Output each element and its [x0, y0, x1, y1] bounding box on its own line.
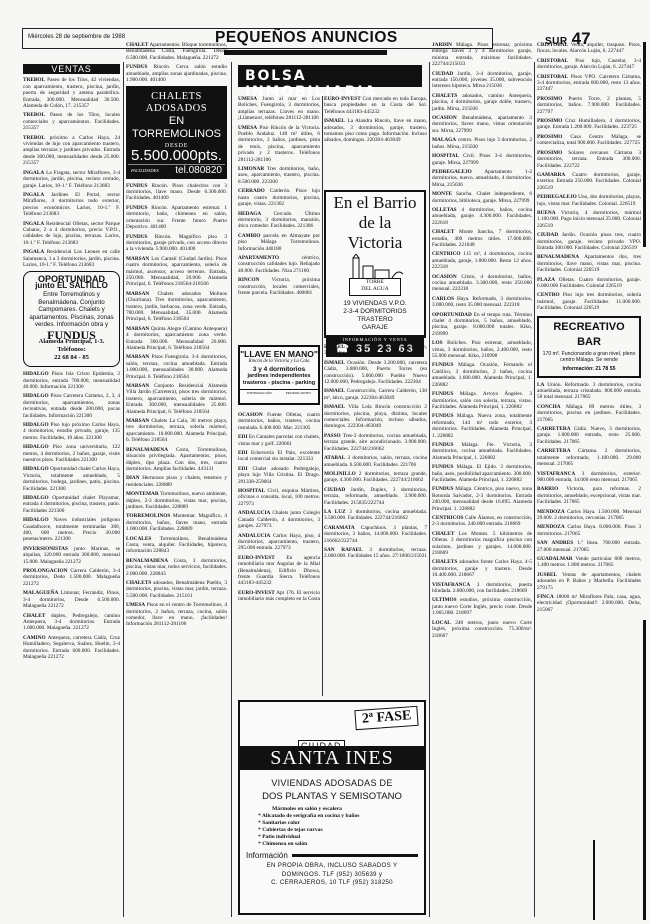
ad-lead: CARLOS — [432, 296, 454, 302]
ad-lead: PROLONGACION — [23, 568, 67, 574]
ad-title: RECREATIVO — [539, 321, 639, 333]
classified-ad: FUNDUS Rincón. Cerca salón estudio amueb… — [126, 64, 227, 83]
ad-text: En Cantales parcelas con chalets, vistas… — [238, 434, 320, 446]
ad-lead: CENTRICO — [432, 251, 461, 257]
ad-lead: CARAMATA — [324, 525, 355, 531]
classified-ad: CRISTOBAL Pisos VPO. Carretera Cártama, … — [537, 74, 641, 93]
feature-item: Mármoles en salón y escalera — [258, 806, 424, 813]
ad-lead: OPORTUNIDAD — [432, 312, 472, 318]
ad-text: Hermosos pisos y chalets, tenemos y resi… — [126, 475, 227, 487]
classified-ad: PROLONGACION Carrera Calderón, 3-4 dormi… — [23, 568, 120, 587]
column-4: JARDIN Málaga. Pisos estrenar, próxima e… — [432, 42, 532, 642]
ad-line: TRASTERO — [326, 316, 424, 324]
classified-ad: MONTE Sancha. Chalet independiente, 6 do… — [432, 191, 532, 204]
bolsa-inmobiliaria-heading: BOLSA INMOBILIARIA — [238, 65, 422, 87]
ad-lead: MARSAN — [126, 326, 149, 332]
column-5: CRISTOBAL Venta, alquiler, traspaso. Pis… — [537, 42, 641, 616]
ad-lead: INGALA — [23, 221, 44, 227]
ad-line: trasteros - piscina - parking — [240, 380, 318, 387]
ad-lead: VISTAFRANCA — [432, 582, 470, 588]
ad-lead: CIUDAD — [324, 487, 345, 493]
classified-ad: HIDALGO Oportunidad chalet Carlos Haya, … — [23, 466, 120, 492]
classified-ad: FUNDUS Málaga. Ocasión, Fernando el Cató… — [432, 362, 532, 388]
classified-ad: PEDREGALEJO Uno, dos dormitorios, playas… — [537, 194, 641, 207]
classified-ad: BENALMADENA Apartamentos dos, tres dormi… — [537, 254, 641, 273]
classified-ad: INGALA Residencial Olletas, sector Parqu… — [23, 221, 120, 247]
classified-ad: MARSAN Conjunto Residencial Alameda Vill… — [126, 383, 227, 415]
ad-lead: CHALETS — [432, 559, 457, 565]
classified-ad: INGALA La Fragata, sector Miraflores, 3-… — [23, 170, 120, 189]
classified-ad: EURO-INVEST Con mercado en toda Europa, … — [324, 96, 427, 115]
ad-contact: FACILIDADES tel.080820 — [128, 164, 225, 174]
ad-lead: INGALA — [23, 192, 44, 198]
classified-ad: OCASION Benalmádena, apartamento 3 dormi… — [432, 115, 532, 134]
ad-lead: BENALMADENA — [126, 558, 168, 564]
classified-ad: ISMAEL Ocasión. Desde 3.200.000, carrete… — [324, 360, 427, 386]
ad-phone: tel.080820 — [175, 168, 222, 174]
ad-lead: MARSAN — [126, 418, 149, 424]
classified-ad: TORREMOLINOS Montemar. Magnífico, 4 dorm… — [126, 513, 227, 532]
ad-lead: VISTAFRANCA — [537, 471, 575, 477]
ad-line: EN — [128, 115, 225, 128]
ad-lead: ISMAEL — [324, 360, 345, 366]
classified-ad: LA LUZ 3 dormitorios, cocina amueblada. … — [324, 509, 427, 522]
classified-ad: MALAGUEÑA Limonar, Ferrándiz, Pinos, 3-4… — [23, 590, 120, 609]
ad-lead: JARDIN — [432, 42, 452, 48]
classified-ad: UMESA Junto al mar en Los Boliches, Fuen… — [238, 96, 320, 122]
ad-lead: ISMAEL — [324, 404, 345, 410]
ad-lead: EURO-INVEST — [238, 590, 275, 596]
ad-lead: ISMAEL — [324, 118, 345, 124]
classified-ad: FUNDUS Rincón. Magnífico piso 3 dormitor… — [126, 234, 227, 253]
classified-ad: LA Unión. Reformado. 3 dormitorios, coci… — [537, 382, 641, 401]
classified-ad: CENTRO Piso lujo tres dormitorios, soler… — [537, 292, 641, 311]
ad-logo-area: 2ª FASE CIUDAD SANTA INES — [240, 702, 424, 772]
ad-lead: FUNDUS — [432, 413, 453, 419]
ad-lead: CRISTOBAL — [537, 74, 568, 80]
classified-ad: INGALA Residencial Los Leones en calle S… — [23, 249, 120, 268]
info-header: Información — [246, 851, 418, 860]
ad-lead: CENTRICOS — [432, 515, 464, 521]
page-edge-bar — [593, 840, 595, 920]
ad-lead: FUNDUS — [126, 205, 147, 211]
classified-ad: CONCHA Málaga. 89 metros útiles, 3 dormi… — [537, 404, 641, 423]
column-2: CHALET Apartamentos. Bloque torremolinos… — [126, 42, 227, 631]
ad-lead: HEDAGA — [238, 211, 261, 217]
section-title: PEQUEÑOS ANUNCIOS — [215, 29, 398, 47]
ad-subtitle: junto EL SALTILLO — [27, 283, 116, 289]
ventas-column: VENTAS TREBOL Paseo de los Tilos, 42 viv… — [23, 64, 120, 663]
ad-lead: EURO-INVEST — [238, 555, 275, 561]
ad-phones: 22 68 84 - 85 — [27, 354, 116, 362]
ad-lead: RINCON — [238, 277, 259, 283]
classified-ad: CHALET Monte Sancha, 7 dormitorios, estu… — [432, 229, 532, 248]
ad-lead: EDI — [238, 450, 247, 456]
classified-ad: ISMAEL Construcción, Carrera Calderón, 1… — [324, 388, 427, 401]
ad-lead: OLLETAS — [432, 207, 457, 213]
ad-lead: HIDALGO — [23, 517, 49, 523]
ciudad-santa-ines-ad: 2ª FASE CIUDAD SANTA INES VIVIENDAS ADOS… — [238, 700, 426, 915]
classified-ad: BUENA Victoria, 4 dormitorios, mármol 1.… — [537, 210, 641, 229]
ad-footer-right: PROMOCIONES — [286, 391, 311, 395]
ad-lead: INGALA — [23, 249, 44, 255]
classified-ad: HIDALGO Pisos Carretera Cártama, 2, 3, 4… — [23, 393, 120, 419]
ad-lead: PROSIMO — [537, 96, 562, 102]
column-divider — [322, 96, 323, 696]
ad-lead: FUNDUS — [432, 362, 453, 368]
classified-ad: BENALMADENA Costa, 3 dormitorios, piscin… — [126, 558, 227, 577]
ad-lead: PEDREGALEJO — [537, 194, 577, 200]
ad-lead: LOCAL — [432, 620, 451, 626]
ad-lead: CIUDAD — [432, 71, 453, 77]
classified-ad: FUNDUS Málaga. Nueva zona, totalmente re… — [432, 413, 532, 439]
logo-text: TORRE — [350, 279, 400, 286]
classified-ad: CRISTOBAL Piso lujo, Castelar, 3-4 dormi… — [537, 58, 641, 71]
logo-text: DEL AGUA — [350, 286, 400, 293]
ad-body: Entre Torremolinos y Benalmádena. Conjun… — [27, 291, 116, 329]
classified-ad: JARDIN Málaga. Pisos estrenar, próxima e… — [432, 42, 532, 68]
ad-lead: DIAN — [126, 475, 140, 481]
classified-ad: CAMBIO parcela en Almayate por piso Mála… — [238, 233, 320, 252]
classified-ad: ISMAEL Villa Lola Rincón construcción 2 … — [324, 404, 427, 430]
ad-lead: CHALETS — [432, 93, 457, 99]
classified-ad: ULTIMOS estudios, próxima construcción, … — [432, 597, 532, 616]
ad-line: jardines independientes — [240, 373, 318, 380]
ad-facilidades: FACILIDADES — [131, 168, 159, 174]
classified-ad: CHALETS adosados, Benalmádena Pueblo, 3 … — [126, 580, 227, 599]
ad-lead: CHALET — [126, 42, 148, 48]
classified-ad: PROSIMO Solares cercanos Cártama 3 dormi… — [537, 150, 641, 169]
classified-ad: TREBOL Paseo de los Tilos, 42 viviendas,… — [23, 77, 120, 109]
classified-ad: OCASION Fuente Olletas, cuatro dormitori… — [238, 412, 320, 431]
classified-ad: MONTEMAR Torremolinos, nuevo ambiente, d… — [126, 491, 227, 510]
classified-ad: INGALA Jardines El Portal, sector Mirafl… — [23, 192, 120, 218]
ad-lead: HIDALGO — [23, 393, 49, 399]
classified-ad: BENALMADENA Costa, Torremolinos, situaci… — [126, 447, 227, 473]
classified-ad: MARSAN Pisos Fuengirola. 3-4 dormitorios… — [126, 354, 227, 380]
classified-ad: OLLETAS 4 dormitorios, baños, cocina amu… — [432, 207, 532, 226]
ad-title: de la — [326, 214, 424, 232]
classified-ad: CHALET Apartamentos. Bloque torremolinos… — [126, 42, 227, 61]
ad-text: Echeverría El Palo, excelente local come… — [238, 450, 320, 462]
classified-ad: BARRIO Victoria, para reformas. 2 dormit… — [537, 486, 641, 505]
classified-ad: CHALETS adosados, camino Antequera, pisc… — [432, 93, 532, 112]
ad-lead: BENALMADENA — [126, 447, 168, 453]
classified-ad: PROSIMO Casa Centro Málaga, se comercial… — [537, 134, 641, 147]
ad-lead: GUADALMAR — [537, 556, 573, 562]
classified-ad: FUNDUS Málaga. Fte. Victoria, 3 dormitor… — [432, 442, 532, 461]
ad-lead: MARSAN — [126, 256, 149, 262]
ad-lead: HIDALGO — [23, 422, 49, 428]
classified-ad: MOLINILLO 2 dormitorios, terraza grande,… — [324, 471, 427, 484]
classified-ad: MALAGA centro. Pisos lujo 3 dormitorios,… — [432, 137, 532, 150]
classified-ad: JUSBEL Ventas de apartamentos, chalets a… — [537, 572, 641, 591]
classified-ad: MENDOZA Carlos Haya. 1.500.000. Mensual … — [537, 509, 641, 522]
ad-lead: ANDALUCIA — [238, 533, 270, 539]
page-edge-bar — [643, 620, 646, 920]
classified-ad: MARSAN Chalets La Cala, 30 metros playa,… — [126, 418, 227, 444]
ad-lead: EURO-INVEST — [324, 96, 361, 102]
llave-en-mano-ad: "LLAVE EN MANO" Rincón de la Victoria y … — [238, 345, 320, 405]
classified-ad: MARSAN Quinta Alegre (Camino Antequera) … — [126, 326, 227, 352]
classified-ad: PROSIMO Puerto Torre, 2 plantas, 5 dormi… — [537, 96, 641, 115]
classified-ad: UMESA Pisos en el centro de Torremolinos… — [126, 602, 227, 628]
ad-lead: FUNDUS — [126, 183, 147, 189]
ad-lead: CHALET — [432, 229, 454, 235]
column-divider — [231, 62, 232, 917]
ad-line: CHALETS — [128, 91, 225, 103]
classified-ad: RINCON Victoria, próxima construcción, l… — [238, 277, 320, 296]
ad-price: 5.500.000pts. — [128, 153, 225, 159]
classified-ad: ANDALUCIA Chalets junto Colegio Canadá C… — [238, 510, 320, 529]
classified-ad: GUADALMAR Vende particular 600 metros, 1… — [537, 556, 641, 569]
column-divider — [429, 62, 430, 917]
ad-lead: OCASION — [432, 274, 457, 280]
ad-line: 3 y 4 dormitorios — [240, 366, 318, 373]
ad-line: 2-3-4 DORMITORIOS — [326, 308, 424, 316]
classified-ad: CIUDAD Jardín. Ocasión pisos tres, cuatr… — [537, 232, 641, 251]
classified-ad: MENDOZA Carlos Haya. 8.000.000. Pisos 3 … — [537, 524, 641, 537]
ad-lead: PASSO — [324, 433, 341, 439]
classified-ad: HIDALGO Piso lujo próximo Carlos Haya, 4… — [23, 422, 120, 441]
ad-lead: HIDALGO — [23, 444, 49, 450]
ad-lead: PLAZA — [537, 277, 555, 283]
classified-ad: ISMAEL Mijas-Costa, próxima construcción… — [324, 344, 427, 357]
ad-lead: CARRETERA — [537, 426, 571, 432]
title-underline — [224, 50, 387, 55]
chalets-adosados-ad: CHALETS ADOSADOS EN TORREMOLINOS DESDE 5… — [126, 86, 227, 178]
ad-lead: APARTAMENTO — [238, 255, 279, 261]
classified-ad: CARLOS Haya. Reformado, 3 dormitorios, 3… — [432, 296, 532, 309]
classified-ad: HOSPITAL Civil. Pisos 3-4 dormitorios, g… — [432, 153, 532, 166]
classified-ad: CHALET Los Montes. 5 kilómetros de Ollet… — [432, 531, 532, 557]
ad-lead: ANDALUCIA — [238, 510, 270, 516]
column-divider — [123, 62, 124, 917]
classified-ad: CERRADO Calderón. Pisos lujo hasta cuatr… — [238, 188, 320, 207]
ad-lead: FUNDUS — [126, 64, 147, 70]
ad-lead: FINCA — [537, 594, 554, 600]
ad-lead: FUNDUS — [432, 391, 453, 397]
classified-ad: UMESA Piso Rincón de la Victoria. Pueblo… — [238, 125, 320, 163]
page-edge-bar — [643, 42, 646, 247]
ad-lead: CARRETERA — [537, 448, 571, 454]
classified-ad: HIDALGO Piso zona universitaria, 122 met… — [23, 444, 120, 463]
ad-lead: CHALETS — [126, 580, 151, 586]
classified-ad: EURO-INVEST En agencia inmobiliaria mar … — [238, 555, 320, 587]
classified-ad: CARRETERA Cártama. 2 dormitorios, totalm… — [537, 448, 641, 467]
ad-body: 170 m². Funcionando a gran nivel, pleno … — [539, 351, 639, 364]
ad-title: "LLAVE EN MANO" — [240, 349, 318, 359]
fase-badge: 2ª FASE — [354, 706, 419, 730]
classified-ad: OCASION Cristo, 4 dormitorios, baños, co… — [432, 274, 532, 293]
ad-lead: ATABAL — [324, 455, 345, 461]
ad-lead: UMESA — [238, 96, 257, 102]
ad-lead: FUNDUS — [126, 234, 147, 240]
ad-lead: JUSBEL — [537, 572, 557, 578]
ad-lead: HOSPITAL — [432, 153, 459, 159]
classified-ad: APARTAMENTO céntrico, construcción calid… — [238, 255, 320, 274]
ad-lead: FUNDUS — [432, 442, 453, 448]
classified-ad: GAMARRA Cuatro dormitorios, garaje, exte… — [537, 172, 641, 191]
ad-lead: TREBOL — [23, 77, 45, 83]
ad-lead: MARSAN — [126, 291, 149, 297]
ad-lead: LOS — [432, 340, 443, 346]
classified-ad: EDI Chalet adosado Pedregalejo, playa lu… — [238, 466, 320, 485]
ad-lead: CENTRO — [537, 292, 560, 298]
classified-ad: FINCA 18000 m² Miraflores Palo, casa, ag… — [537, 594, 641, 613]
oportunidad-ad: OPORTUNIDAD junto EL SALTILLO Entre Torr… — [23, 271, 120, 367]
classified-ad: CENTRICOS Calle Álamos, en construcción,… — [432, 515, 532, 528]
classified-ad: LOCALES Torremolinos, Benalmádena Costa,… — [126, 536, 227, 555]
classified-ad: CARAMATA Capuchinos. 3 plantas, 7 dormit… — [324, 525, 427, 544]
classified-ad: HEDAGA Cercado. Último dormitorio, 3 dor… — [238, 211, 320, 230]
classified-ad: SAN RAFAEL 3 dormitorios, terraza. 2.600… — [324, 547, 427, 560]
ad-lead: ISMAEL — [324, 388, 345, 394]
ad-lead: CERRADO — [238, 188, 265, 194]
bolsa-column-b: EURO-INVEST Con mercado en toda Europa, … — [324, 96, 427, 147]
classified-ad: OPORTUNIDAD En el tempo ruta. Término ch… — [432, 312, 532, 338]
classified-ad: CRISTOBAL Venta, alquiler, traspaso. Pis… — [537, 42, 641, 55]
classified-ad: LOS Boliches. Piso estrenar, amueblado, … — [432, 340, 532, 359]
logo-label: TORRE DEL AGUA — [349, 278, 401, 296]
classified-ad: ATABAL 3 dormitorios, salón, terraza, co… — [324, 455, 427, 468]
ad-lead: LOCALES — [126, 536, 151, 542]
ad-phones-label: Teléfonos: — [27, 346, 116, 354]
ad-lead: PROSIMO — [537, 118, 562, 124]
classified-ad: FUNDUS Málaga. El Ejido. 3 dormitorios, … — [432, 464, 532, 483]
ad-lead: CIUDAD — [537, 232, 558, 238]
ad-lead: TREBOL — [23, 135, 45, 141]
ad-text: Chalet adosado Pedregalejo, playa lujo V… — [238, 466, 320, 485]
ad-lead: EDI — [238, 434, 247, 440]
ad-text: Piso Rincón de la Victoria. Pueblo Andal… — [238, 125, 320, 163]
ad-lead: INGALA — [23, 170, 44, 176]
ad-lead: LIMONAR — [238, 166, 264, 172]
classified-ad: CIUDAD Jardín, 3-4 dormitorios, garaje, … — [432, 71, 532, 90]
ad-text: Boliches. Piso estrenar, amueblado, vist… — [432, 340, 532, 359]
ad-lead: HIDALGO — [23, 495, 49, 501]
ad-headline: VIVIENDAS ADOSADAS DE — [240, 778, 424, 788]
ad-lead: UMESA — [238, 125, 257, 131]
ad-info: Información: 21 78 55 — [539, 366, 639, 372]
classified-ad: MARSAN Chalets adosados Molinos (Churria… — [126, 291, 227, 323]
ad-lead: UMESA — [126, 602, 145, 608]
ad-lead: ULTIMOS — [432, 597, 457, 603]
ad-title: Victoria — [326, 234, 424, 252]
classified-ad: PROSIMO Cruz Humilladero, 4 dormitorios,… — [537, 118, 641, 131]
ad-lead: PROSIMO — [537, 134, 562, 140]
ad-lead: HIDALGO — [23, 466, 49, 472]
ad-lead: MONTE — [432, 191, 452, 197]
ad-lead: MENDOZA — [537, 524, 565, 530]
classified-ad: VISTAFRANCA 3 dormitorios, puerta blinda… — [432, 582, 532, 595]
ad-line: TORREMOLINOS — [128, 128, 225, 141]
ad-lead: CAMBIO — [238, 233, 260, 239]
classified-ad: CHALETS adosados frente Carlos Haya. 4-5… — [432, 559, 532, 578]
ad-lead: EDI — [238, 466, 247, 472]
ventas-heading: VENTAS — [23, 64, 120, 74]
classified-ad: HIDALGO Pisos Isla Cristo Epidemia, 2 do… — [23, 371, 120, 390]
ad-lead: MALAGUEÑA — [23, 590, 58, 596]
feature-item: * Alicatado de serigrafía en cocina y ba… — [258, 813, 424, 820]
classified-ad: INVERSIONISTAS junto Marinas, se alquila… — [23, 546, 120, 565]
barrio-victoria-ad: En el Barrio de la Victoria TORRE DEL AG… — [324, 190, 426, 338]
ad-title: BAR — [539, 336, 639, 348]
ad-lead: CAMINO — [23, 635, 46, 641]
classified-ad: HOSPITAL Civil, esquina Mártires, oficin… — [238, 488, 320, 507]
classified-ad: EDI En Cantales parcelas con chalets, vi… — [238, 434, 320, 447]
ad-line: 19 VIVIENDAS V.P.O. — [326, 300, 424, 308]
ad-text: Unión. Reformado. 3 dormitorios, cocina … — [537, 382, 641, 401]
ad-lead: CRISTOBAL — [537, 58, 568, 64]
ad-lead: INVERSIONISTAS — [23, 546, 68, 552]
features-list: Mármoles en salón y escalera * Alicatado… — [258, 806, 424, 848]
ad-lead: HIDALGO — [23, 371, 49, 377]
classified-ad: PLAZA Olletas. Cuatro dormitorios, garaj… — [537, 277, 641, 290]
ad-lead: BUENA — [537, 210, 556, 216]
ad-lead: LA LUZ — [324, 509, 346, 515]
ad-footer: INFORMACIÓN PROMOCIONES — [240, 389, 318, 395]
ad-lead: MALAGA — [432, 137, 456, 143]
ad-title: En el Barrio — [326, 194, 424, 212]
ad-address: EN PROPIA OBRA, INCLUSO SABADOS YDOMINGO… — [240, 862, 424, 888]
ad-lead: FUNDUS — [432, 464, 453, 470]
classified-ad: SAN ANDRES 1.ª línea. 700.000 entrada. 2… — [537, 540, 641, 553]
ad-lead: SAN RAFAEL — [324, 547, 363, 553]
classified-ad: HIDALGO Naves industriales polígono Guad… — [23, 517, 120, 543]
classified-ad: ISMAEL La Alandra Rincón, llave en mano,… — [324, 118, 427, 144]
ad-lead: TREBOL — [23, 112, 45, 118]
classified-ad: CARRETERA Cádiz. Nuevo, 3 dormitorios, g… — [537, 426, 641, 445]
classified-ad: HIDALGO Oportunidad chalet Playamar, ent… — [23, 495, 120, 514]
feature-item: * Chimenea en salón — [258, 841, 424, 848]
torre-del-agua-logo: TORRE DEL AGUA — [345, 254, 405, 298]
classified-ad: CENTRICO 115 m², 4 dormitorios, cocina a… — [432, 251, 532, 270]
ad-lead: OCASION — [432, 115, 457, 121]
feature-item: * Sanitarios color — [258, 820, 424, 827]
ad-lead: PEDREGALEJO — [432, 169, 472, 175]
ad-line: ADOSADOS — [128, 103, 225, 115]
column-divider — [534, 62, 535, 917]
ad-lead: BARRIO — [537, 486, 558, 492]
ad-lead: MONTEMAR — [126, 491, 159, 497]
ad-footer-left: INFORMACIÓN — [247, 391, 272, 395]
ad-lead: CONCHA — [537, 404, 561, 410]
classified-ad: ANDALUCIA Carlos Haya, piso, 4 dormitori… — [238, 533, 320, 552]
ad-line: GARAJE — [326, 324, 424, 332]
ad-lead: OCASION — [238, 412, 263, 418]
classified-ad: FUNDUS Málaga. Arroyo Ángeles. 3 dormito… — [432, 391, 532, 410]
ad-lead: PROSIMO — [537, 150, 562, 156]
classified-ad: VISTAFRANCA 3 dormitorios, exterior. 900… — [537, 471, 641, 484]
classified-ad: LOCAL 240 metros, junto nuevo Corte Ingl… — [432, 620, 532, 639]
classified-ad: CIUDAD Jardín, Duplex, 3 dormitorios, te… — [324, 487, 427, 506]
classified-ad: FUNDUS Rincón. Pisos chalecitos con 3 do… — [126, 183, 227, 202]
classified-ad: PEDREGALEJO Apartamento 1-2 dormitorios,… — [432, 169, 532, 188]
classified-ad: PASSO Tres-3 dormitorios, cocina amuebla… — [324, 433, 427, 452]
classified-ad: MARSAN Los Cantalí (Ciudad Jardín). Piso… — [126, 256, 227, 288]
feature-item: * Patio individual — [258, 834, 424, 841]
ad-lead: TORREMOLINOS — [126, 513, 170, 519]
classified-ad: EDI Echeverría El Palo, excelente local … — [238, 450, 320, 463]
ad-lead: MARSAN — [126, 354, 149, 360]
ad-subtitle: Rincón de la Victoria y La Cala — [240, 359, 318, 364]
classified-ad: TREBOL Paseo de los Tilos, locales comer… — [23, 112, 120, 131]
ad-lead: MOLINILLO — [324, 471, 356, 477]
classified-ad: LIMONAR Tres dormitorios, baño, aseo, ap… — [238, 166, 320, 185]
classified-ad: CHALET duplex, Pedregalejo, camino Anteq… — [23, 613, 120, 632]
ad-lead: CHALET — [432, 531, 454, 537]
